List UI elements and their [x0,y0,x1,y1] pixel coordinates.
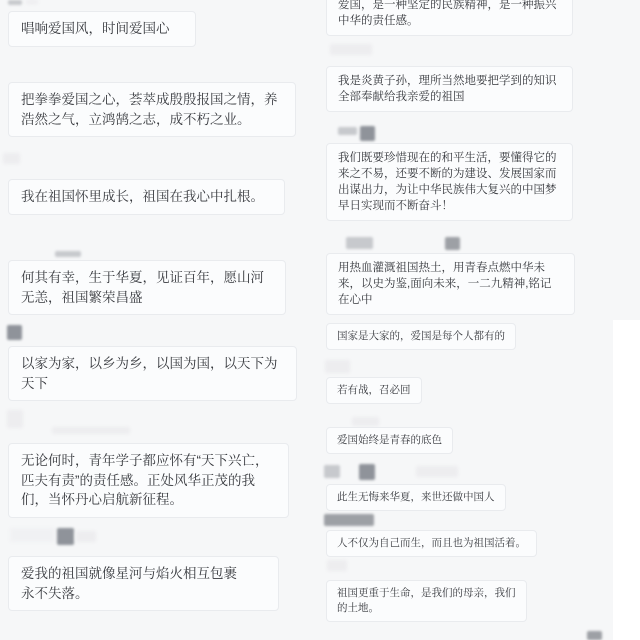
redacted-avatar-blur [7,325,22,340]
message-bubble: 祖国更重于生命，是我们的母亲，我们 的土地。 [326,580,527,622]
message-bubble: 若有战，召必回 [326,377,422,404]
message-bubble: 人不仅为自己而生，而且也为祖国活着。 [326,530,537,557]
redacted-avatar-blur [325,360,350,373]
message-bubble: 何其有幸，生于华夏，见证百年，愿山河 无恙，祖国繁荣昌盛 [8,260,286,315]
redacted-name-blur [76,531,96,542]
redacted-name-blur [352,417,379,426]
redacted-name-blur [10,528,55,542]
message-bubble: 我是炎黄子孙，理所当然地要把学到的知识 全部奉献给我亲爱的祖国 [326,66,573,112]
redacted-name-blur [346,237,373,249]
redacted-name-blur [55,251,81,257]
message-bubble: 以家为家，以乡为乡，以国为国，以天下为 天下 [8,346,297,401]
message-bubble: 爱国始终是青春的底色 [326,427,453,454]
message-bubble: 把拳拳爱国之心，荟萃成殷殷报国之情，养 浩然之气，立鸿鹄之志，成不朽之业。 [8,82,296,137]
message-bubble: 爱我的祖国就像星河与焰火相互包裹 永不失落。 [8,556,279,611]
message-bubble: 我在祖国怀里成长，祖国在我心中扎根。 [8,179,285,215]
redacted-name-blur [26,0,38,4]
message-bubble: 我们既要珍惜现在的和平生活，要懂得它的 来之不易，还要不断的为建设、发展国家而 … [326,143,573,221]
redacted-name-blur [338,127,357,135]
redacted-name-blur [8,0,22,5]
message-bubble: 国家是大家的，爱国是每个人都有的 [326,323,516,350]
redacted-name-blur [324,514,374,526]
redacted-avatar-blur [3,153,20,164]
redacted-name-blur [52,427,130,434]
redacted-avatar-blur [359,464,375,480]
message-bubble: 用热血灌溉祖国热土，用青春点燃中华未 来，以史为鉴,面向未来，一二九精神,铭记 … [326,253,575,315]
redacted-avatar-blur [57,528,74,545]
redacted-avatar-blur [587,631,602,640]
white-overlay-panel [613,320,640,640]
message-bubble: 此生无悔来华夏，来世还做中国人 [326,484,506,511]
message-bubble: 无论何时，青年学子都应怀有“天下兴亡， 匹夫有责”的责任感。正处风华正茂的我 们… [8,443,289,518]
message-bubble: 爱国，是一种坚定的民族精神，是一种振兴 中华的责任感。 [326,0,573,36]
message-bubble: 唱响爱国风，时间爱国心 [8,11,196,47]
redacted-avatar-blur [7,410,23,428]
redacted-avatar-blur [360,126,375,141]
redacted-avatar-blur [324,465,340,478]
redacted-name-blur [416,466,458,477]
redacted-avatar-blur [327,560,347,571]
chat-quotes-screen: 唱响爱国风，时间爱国心 把拳拳爱国之心，荟萃成殷殷报国之情，养 浩然之气，立鸿鹄… [0,0,640,640]
redacted-name-blur [330,44,372,55]
redacted-avatar-blur [445,237,460,250]
